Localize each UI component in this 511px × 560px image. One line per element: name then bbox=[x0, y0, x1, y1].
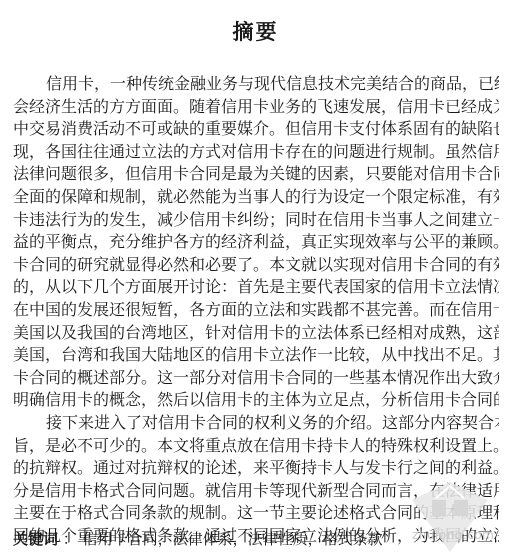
paragraph-line: 会经济生活的方方面面。随着信用卡业务的飞速发展，信用卡已经成为社会生活 bbox=[13, 96, 499, 119]
paragraph-line: 在中国的发展还很短暂，各方面的立法和实践都不甚完善。而在信用卡的发源地 bbox=[13, 299, 499, 322]
paragraph-line: 主要在于格式合同条款的规制。这一节主要论述格式合同的基本原理和信用卡合 bbox=[13, 502, 499, 525]
abstract-body: 信用卡，一种传统金融业务与现代信息技术完美结合的商品，已经渗透到社会经济生活的方… bbox=[13, 73, 499, 547]
paragraph-line: 美国，台湾和我国大陆地区的信用卡立法作一比较，从中找出不足。其次是信用 bbox=[13, 344, 499, 367]
paragraph-line: 卡违法行为的发生，减少信用卡纠纷；同时在信用卡当事人之间建立一个最佳利 bbox=[13, 209, 499, 232]
paragraph-line: 法律问题很多，但信用卡合同是最为关键的因素，只要能对信用卡合同进行系统 bbox=[13, 163, 499, 186]
paragraph-line: 现，各国往往通过立法的方式对信用卡存在的问题进行规制。虽然信用卡涉及的 bbox=[13, 141, 499, 164]
paragraph-line: 分是信用卡格式合同问题。就信用卡等现代新型合同而言，在法律适用上问题， bbox=[13, 480, 499, 503]
paragraph-line: 旨，是必不可少的。本文将重点放在信用卡持卡人的特殊权利设置上。如持卡人 bbox=[13, 435, 499, 458]
keywords-label: 关键词 bbox=[13, 530, 58, 548]
page-title: 摘要 bbox=[0, 16, 511, 46]
paragraph-line: 卡合同的概述部分。这一部分对信用卡合同的一些基本情况作出大致介绍，首先 bbox=[13, 367, 499, 390]
paragraph-line: 信用卡，一种传统金融业务与现代信息技术完美结合的商品，已经渗透到社 bbox=[13, 73, 499, 96]
paragraph-line: 的，从以下几个方面展开讨论：首先是主要代表国家的信用卡立法情况。信用卡 bbox=[13, 276, 499, 299]
keywords-separator: ： bbox=[58, 530, 78, 548]
paragraph-line: 接下来进入了对信用卡合同的权利义务的介绍。这部分内容契合本文的主 bbox=[13, 412, 499, 435]
paragraph-line: 美国以及我国的台湾地区，针对信用卡的立法体系已经相对成熟，这部分内容就 bbox=[13, 322, 499, 345]
keywords-value: 信用卡合同，法律体系，法律性质，格式条款 bbox=[83, 530, 383, 548]
paragraph-line: 中交易消费活动不可或缺的重要媒介。但信用卡支付体系固有的缺陷也逐步显 bbox=[13, 118, 499, 141]
paragraph-line: 的抗辩权。通过对抗辩权的论述，来平衡持卡人与发卡行之间的利益。最后一部 bbox=[13, 457, 499, 480]
paragraph-line: 明确信用卡的概念，然后以信用卡的主体为立足点，分析信用卡合同的法律性质 bbox=[13, 389, 499, 412]
paragraph-line: 全面的保障和规制，就必然能为当事人的行为设定一个限定标准，有效预防信用 bbox=[13, 186, 499, 209]
keywords-line: 关键词 ： 信用卡合同，法律体系，法律性质，格式条款 bbox=[13, 528, 383, 549]
paragraph-line: 益的平衡点，充分维护各方的经济利益，真正实现效率与公平的兼顾。为此信用 bbox=[13, 231, 499, 254]
watermark-text: zhulong.com bbox=[412, 528, 494, 542]
paragraph-line: 卡合同的研究就显得必然和必要了。本文就以实现对信用卡合同的有效规制为目 bbox=[13, 254, 499, 277]
